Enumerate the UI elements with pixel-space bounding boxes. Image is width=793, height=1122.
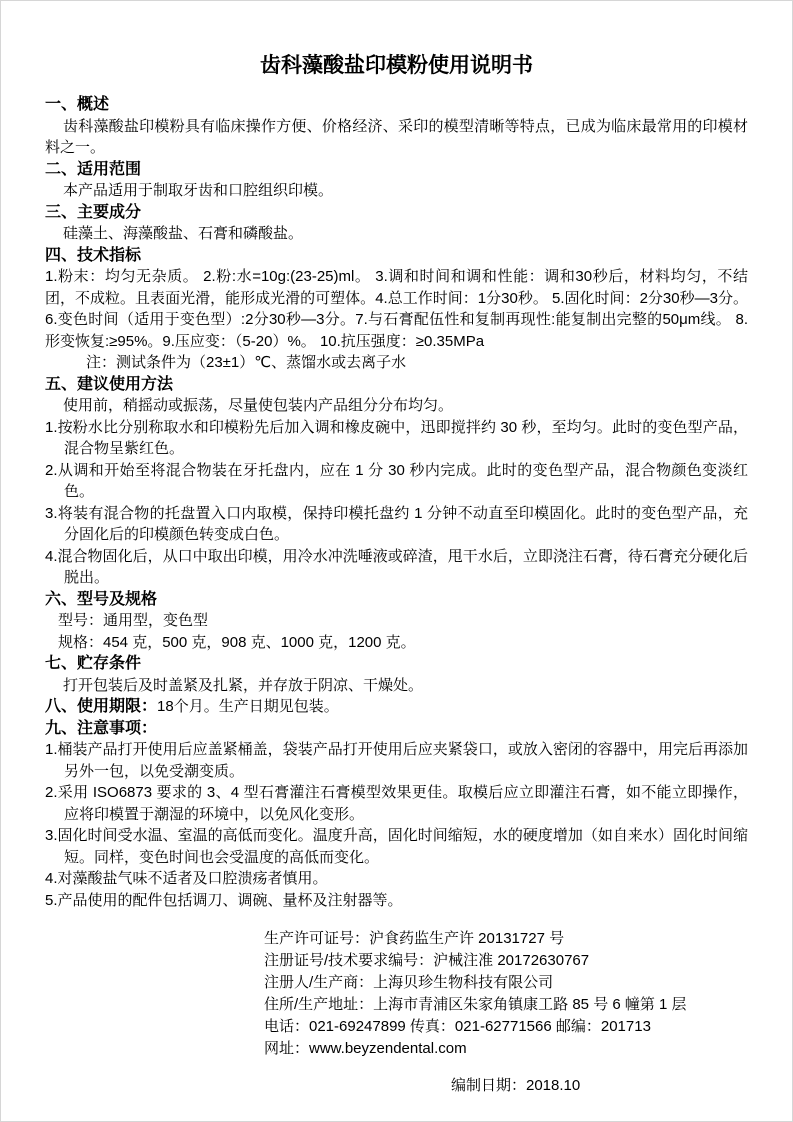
section-overview-body: 齿科藻酸盐印模粉具有临床操作方便、价格经济、采印的模型清晰等特点，已成为临床最常… — [45, 116, 748, 159]
section-usage-heading: 五、建议使用方法 — [45, 374, 748, 396]
section-precautions-heading: 九、注意事项： — [45, 718, 748, 740]
phone-fax-zip-line: 电话：021-69247899 传真：021-62771566 邮编：20171… — [264, 1016, 748, 1038]
section-scope: 二、适用范围 本产品适用于制取牙齿和口腔组织印模。 — [45, 159, 748, 202]
section-usage: 五、建议使用方法 使用前，稍摇动或振荡，尽量使包装内产品组分分布均匀。 1.按粉… — [45, 374, 748, 589]
section-storage: 七、贮存条件 打开包装后及时盖紧及扎紧，并存放于阴凉、干燥处。 — [45, 653, 748, 696]
license-number-line: 生产许可证号：沪食药监生产许 20131727 号 — [264, 928, 748, 950]
model-line: 型号：通用型，变色型 — [58, 610, 748, 632]
usage-step: 4.混合物固化后，从口中取出印模，用冷水冲洗唾液或碎渣，甩干水后，立即浇注石膏，… — [45, 546, 748, 589]
manufacturer-info: 生产许可证号：沪食药监生产许 20131727 号 注册证号/技术要求编号：沪械… — [264, 928, 748, 1060]
section-specs-note: 注：测试条件为（23±1）℃、蒸馏水或去离子水 — [86, 352, 748, 374]
section-shelf-life: 八、使用期限：18个月。生产日期见包装。 — [45, 696, 748, 718]
section-ingredients-body: 硅藻土、海藻酸盐、石膏和磷酸盐。 — [45, 223, 748, 245]
section-specs-heading: 四、技术指标 — [45, 245, 748, 267]
section-ingredients: 三、主要成分 硅藻土、海藻酸盐、石膏和磷酸盐。 — [45, 202, 748, 245]
section-storage-body: 打开包装后及时盖紧及扎紧，并存放于阴凉、干燥处。 — [45, 675, 748, 697]
section-overview-heading: 一、概述 — [45, 94, 748, 116]
section-scope-body: 本产品适用于制取牙齿和口腔组织印模。 — [45, 180, 748, 202]
usage-step: 1.按粉水比分别称取水和印模粉先后加入调和橡皮碗中，迅即搅拌约 30 秒，至均匀… — [45, 417, 748, 460]
address-line: 住所/生产地址：上海市青浦区朱家角镇康工路 85 号 6 幢第 1 层 — [264, 994, 748, 1016]
section-scope-heading: 二、适用范围 — [45, 159, 748, 181]
section-models-heading: 六、型号及规格 — [45, 589, 748, 611]
section-shelf-life-text: 18个月。生产日期见包装。 — [157, 698, 339, 715]
section-ingredients-heading: 三、主要成分 — [45, 202, 748, 224]
website-line: 网址：www.beyzendental.com — [264, 1038, 748, 1060]
usage-step: 3.将装有混合物的托盘置入口内取模，保持印模托盘约 1 分钟不动直至印模固化。此… — [45, 503, 748, 546]
compilation-date: 编制日期：2018.10 — [451, 1075, 748, 1097]
section-models: 六、型号及规格 型号：通用型，变色型 规格：454 克，500 克，908 克、… — [45, 589, 748, 654]
precaution-item: 4.对藻酸盐气味不适者及口腔溃疡者慎用。 — [45, 868, 748, 890]
section-specs-paragraph: 1.粉末：均匀无杂质。 2.粉:水=10g:(23-25)ml。 3.调和时间和… — [45, 266, 748, 352]
section-precautions: 九、注意事项： 1.桶装产品打开使用后应盖紧桶盖，袋装产品打开使用后应夹紧袋口，… — [45, 718, 748, 912]
section-shelf-life-heading: 八、使用期限： — [45, 698, 157, 715]
section-storage-heading: 七、贮存条件 — [45, 653, 748, 675]
document-title: 齿科藻酸盐印模粉使用说明书 — [45, 53, 748, 79]
spec-line: 规格：454 克，500 克，908 克、1000 克，1200 克。 — [58, 632, 748, 654]
manufacturer-name-line: 注册人/生产商：上海贝珍生物科技有限公司 — [264, 972, 748, 994]
usage-step: 2.从调和开始至将混合物装在牙托盘内，应在 1 分 30 秒内完成。此时的变色型… — [45, 460, 748, 503]
precaution-item: 3.固化时间受水温、室温的高低而变化。温度升高，固化时间缩短，水的硬度增加（如自… — [45, 825, 748, 868]
precaution-item: 5.产品使用的配件包括调刀、调碗、量杯及注射器等。 — [45, 890, 748, 912]
registration-number-line: 注册证号/技术要求编号：沪械注准 20172630767 — [264, 950, 748, 972]
document-page: 齿科藻酸盐印模粉使用说明书 一、概述 齿科藻酸盐印模粉具有临床操作方便、价格经济… — [0, 0, 793, 1122]
section-usage-intro: 使用前，稍摇动或振荡，尽量使包装内产品组分分布均匀。 — [45, 395, 748, 417]
section-overview: 一、概述 齿科藻酸盐印模粉具有临床操作方便、价格经济、采印的模型清晰等特点，已成… — [45, 94, 748, 159]
precaution-item: 1.桶装产品打开使用后应盖紧桶盖，袋装产品打开使用后应夹紧袋口，或放入密闭的容器… — [45, 739, 748, 782]
precaution-item: 2.采用 ISO6873 要求的 3、4 型石膏灌注石膏模型效果更佳。取模后应立… — [45, 782, 748, 825]
section-specs: 四、技术指标 1.粉末：均匀无杂质。 2.粉:水=10g:(23-25)ml。 … — [45, 245, 748, 374]
